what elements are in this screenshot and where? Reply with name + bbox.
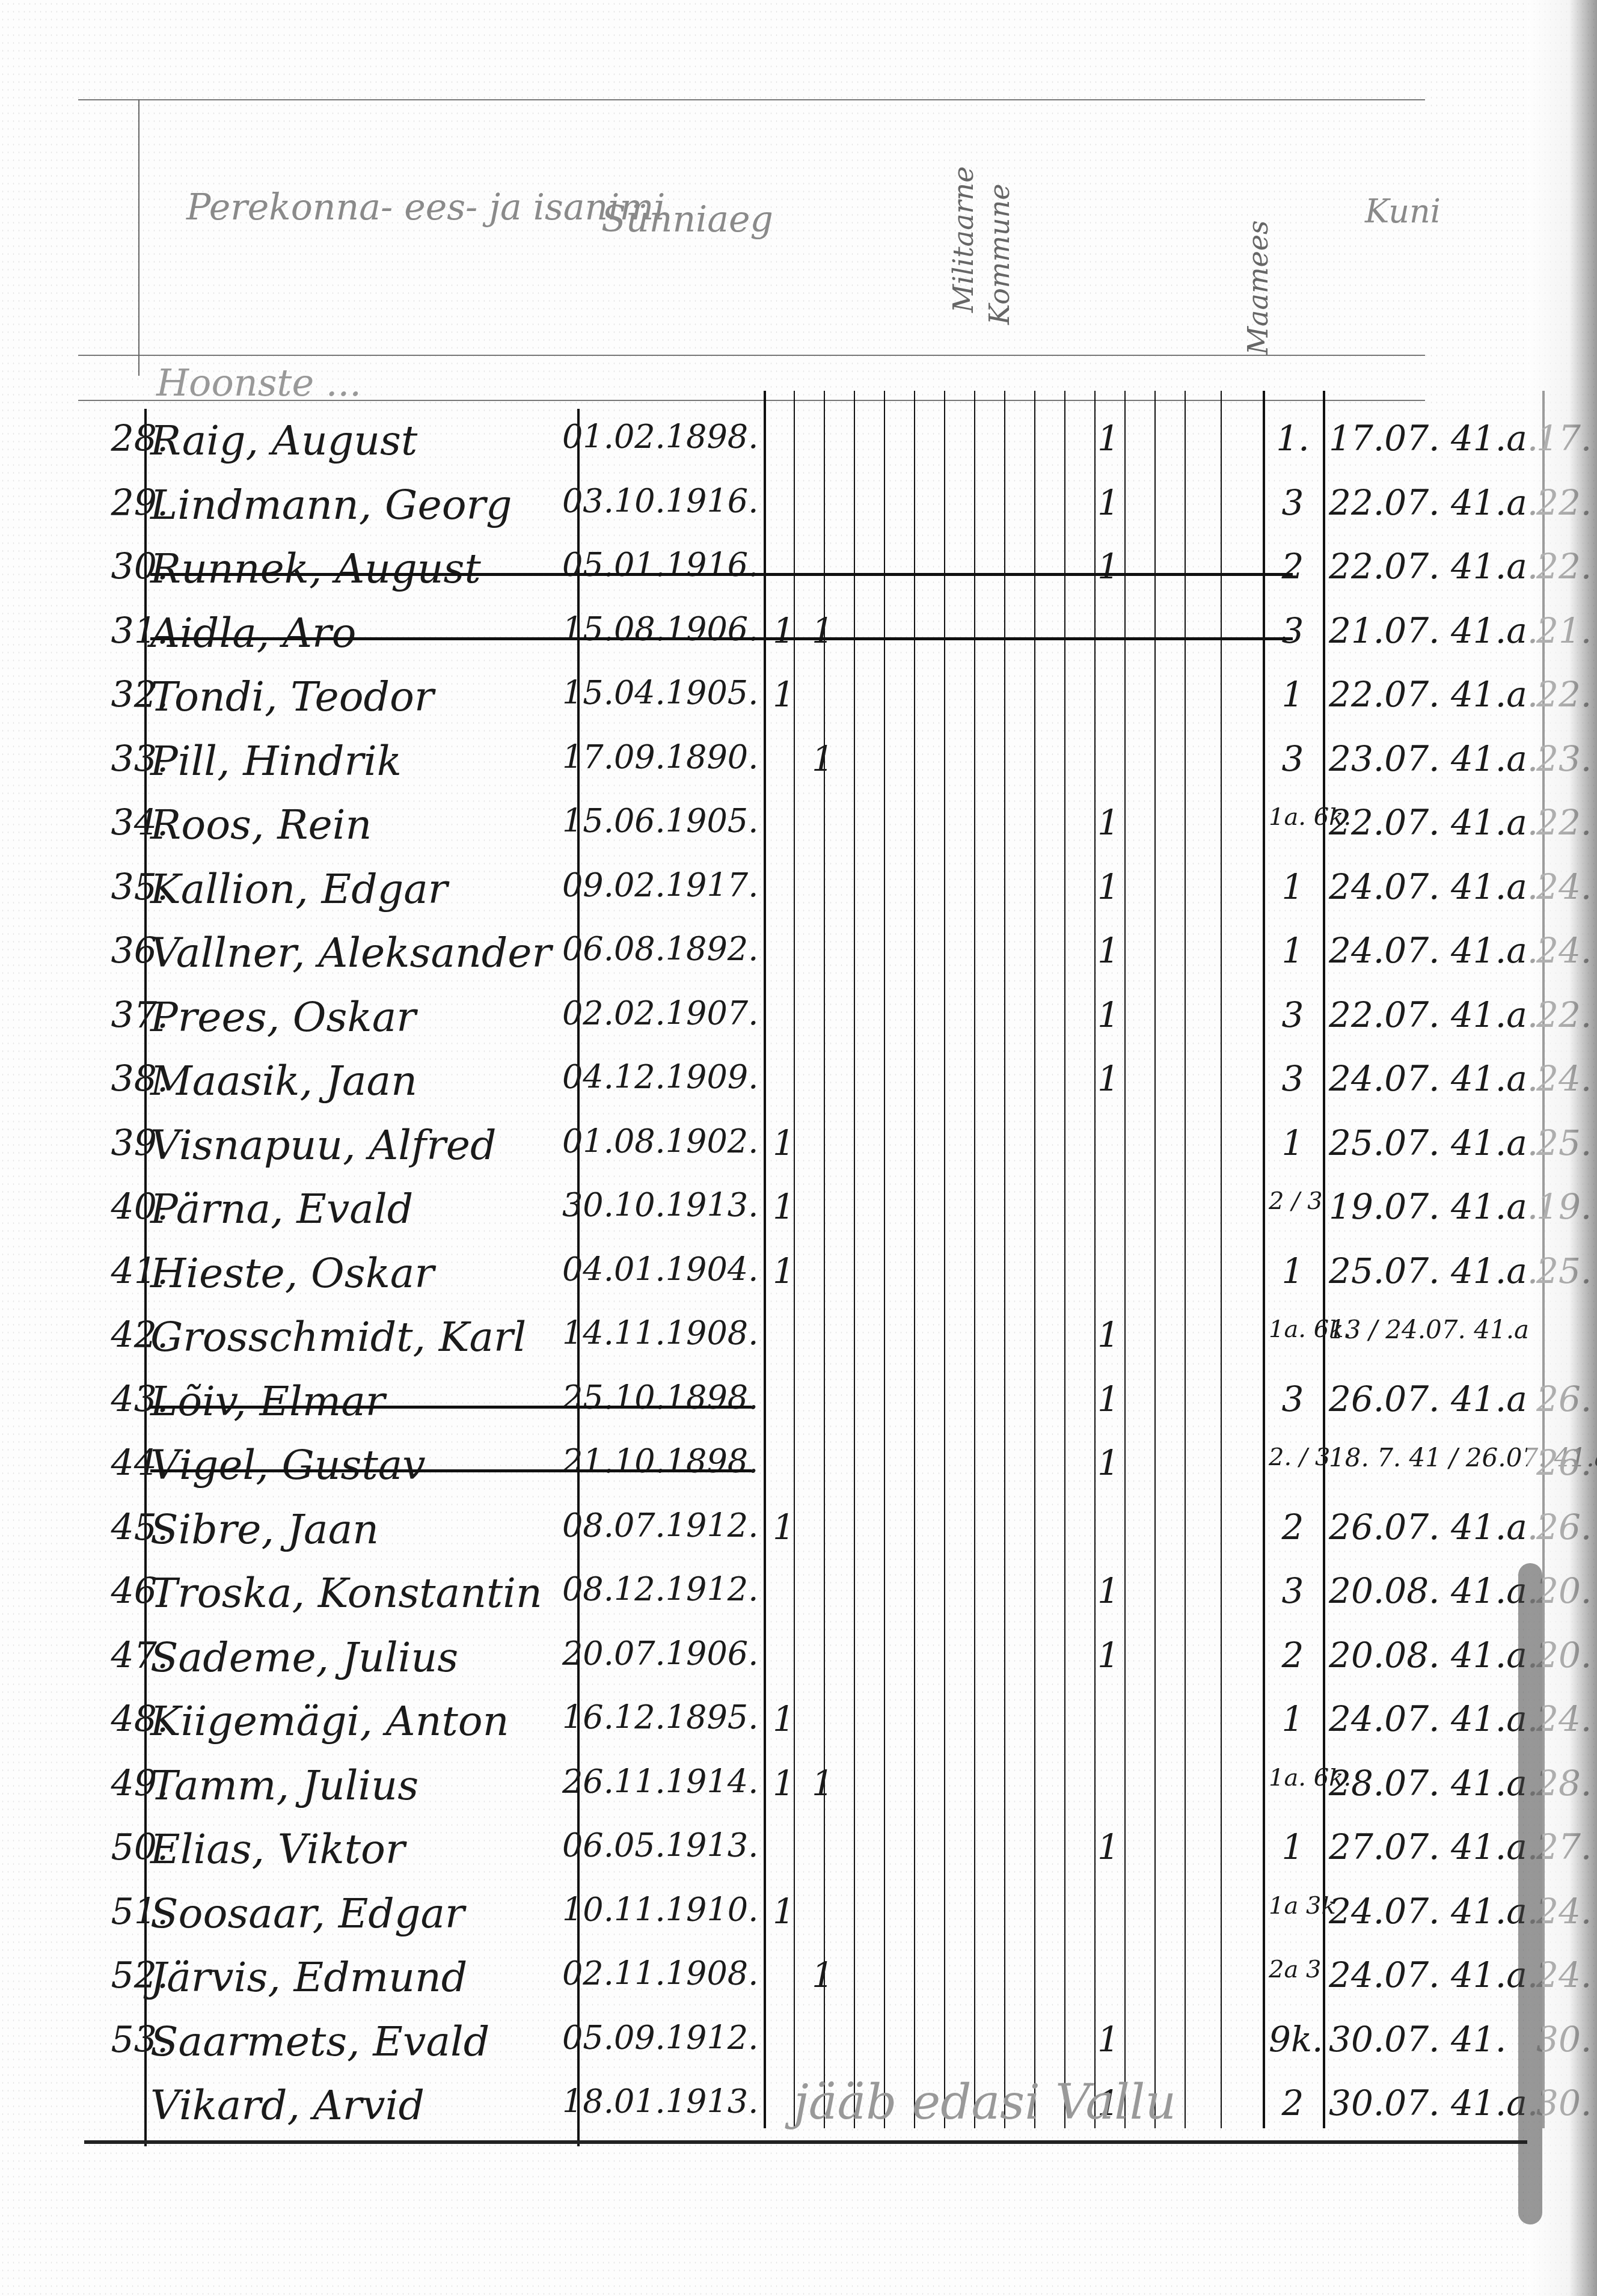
category-code: 3 <box>1269 613 1317 648</box>
person-name: Sibre, Jaan <box>150 1510 571 1551</box>
entry-date: 19.07. 41.a. <box>1329 1189 1509 1224</box>
person-name: Vikard, Arvid <box>150 2086 571 2126</box>
category-code: 1 <box>1269 869 1317 904</box>
entry-date: 20.08. 41.a. <box>1329 1573 1509 1608</box>
birth-date: 14.11.1908. <box>562 1317 755 1350</box>
category-code: 2 <box>1269 1510 1317 1544</box>
category-code: 1. <box>1269 421 1317 456</box>
category-code: 1a. 6k. <box>1269 1766 1317 1790</box>
tally-mark: 1 <box>773 1894 795 1929</box>
birth-date: 01.02.1898. <box>562 421 755 453</box>
entry-date: 30.07. 41.a. <box>1329 2086 1509 2120</box>
entry-date: 22.07. 41.a. <box>1329 549 1509 584</box>
header-dob-label: Sünniaeg <box>601 198 773 240</box>
person-name: Kiigemägi, Anton <box>150 1701 571 1742</box>
category-code: 1a 3k <box>1269 1894 1317 1918</box>
person-name: Kallion, Edgar <box>150 869 571 910</box>
category-code: 1 <box>1269 1701 1317 1736</box>
entry-date: 21.07. 41.a. <box>1329 613 1509 648</box>
strikethrough-line <box>150 637 1293 640</box>
entry-date: 27.07. 41.a. <box>1329 1829 1509 1864</box>
birth-date: 06.08.1892. <box>562 933 755 966</box>
category-code: 2 <box>1269 2086 1317 2120</box>
person-name: Tondi, Teodor <box>150 677 571 718</box>
entry-date: 23.07. 41.a. <box>1329 741 1509 776</box>
header-maamees-label: Maamees <box>1242 220 1274 355</box>
birth-date: 16.12.1895. <box>562 1701 755 1734</box>
header-name-label: Perekonna- ees- ja isanimi <box>186 186 666 228</box>
birth-date: 21.10.1898. <box>562 1445 755 1478</box>
birth-date: 10.11.1910. <box>562 1894 755 1926</box>
birth-date: 15.08.1906. <box>562 613 755 646</box>
tally-mark: 1 <box>812 613 834 648</box>
birth-date: 04.01.1904. <box>562 1254 755 1286</box>
birth-date: 05.09.1912. <box>562 2022 755 2054</box>
birth-date: 25.10.1898. <box>562 1382 755 1414</box>
person-name: Runnek, August <box>150 549 571 590</box>
tally-mark: 1 <box>1097 1829 1120 1864</box>
entry-date: 18. 7. 41 / 26.07. 41.a. <box>1329 1445 1509 1471</box>
category-code: 1a. 6k. <box>1269 1317 1317 1341</box>
partial-top-row: Hoonste ... <box>156 361 361 405</box>
entry-date: 28.07. 41.a. <box>1329 1766 1509 1801</box>
entry-date: 24.07. 41.a. <box>1329 869 1509 904</box>
entry-date: 24.07. 41.a. <box>1329 1894 1509 1929</box>
tally-mark: 1 <box>773 613 795 648</box>
person-name: Saarmets, Evald <box>150 2022 571 2063</box>
birth-date: 04.12.1909. <box>562 1061 755 1094</box>
category-code: 1 <box>1269 933 1317 968</box>
tally-mark: 1 <box>1097 421 1120 456</box>
birth-date: 02.02.1907. <box>562 997 755 1030</box>
page-bottom-edge <box>84 2140 1527 2144</box>
entry-date: 22.07. 41.a. <box>1329 677 1509 712</box>
category-code: 1 <box>1269 1254 1317 1288</box>
entry-date: 24.07. 41.a. <box>1329 1701 1509 1736</box>
tally-mark: 1 <box>773 1125 795 1160</box>
entry-date: 13 / 24.07. 41.a <box>1329 1317 1509 1342</box>
tally-mark: 1 <box>1097 1638 1120 1673</box>
entry-date: 22.07. 41.a. <box>1329 805 1509 840</box>
person-name: Tamm, Julius <box>150 1766 571 1807</box>
tally-mark: 1 <box>812 741 834 776</box>
category-code: 2 <box>1269 1638 1317 1673</box>
category-code: 2. / 3 <box>1269 1445 1317 1469</box>
entry-date: 22.07. 41.a. <box>1329 997 1509 1032</box>
tally-mark: 1 <box>1097 485 1120 520</box>
birth-date: 03.10.1916. <box>562 485 755 518</box>
birth-date: 20.07.1906. <box>562 1638 755 1670</box>
category-code: 3 <box>1269 1061 1317 1096</box>
person-name: Hieste, Oskar <box>150 1254 571 1294</box>
birth-date: 30.10.1913. <box>562 1189 755 1222</box>
person-name: Aidla, Aro <box>150 613 571 654</box>
category-code: 2a 3 <box>1269 1958 1317 1982</box>
tally-mark: 1 <box>812 1766 834 1801</box>
tally-mark: 1 <box>1097 1061 1120 1096</box>
entry-date: 20.08. 41.a. <box>1329 1638 1509 1673</box>
birth-date: 02.11.1908. <box>562 1958 755 1990</box>
header-right-label: Kuni <box>1365 192 1441 230</box>
birth-date: 09.02.1917. <box>562 869 755 902</box>
tally-mark: 1 <box>1097 2022 1120 2057</box>
person-name: Troska, Konstantin <box>150 1573 571 1614</box>
birth-date: 05.01.1916. <box>562 549 755 581</box>
strikethrough-line <box>150 1469 752 1472</box>
header-militaarne-label: Militaarne <box>947 167 979 313</box>
person-name: Pill, Hindrik <box>150 741 571 782</box>
person-name: Roos, Rein <box>150 805 571 846</box>
person-name: Lõiv, Elmar <box>150 1382 571 1422</box>
entry-date: 30.07. 41. <box>1329 2022 1509 2057</box>
footer-note: jääb edasi Vallu <box>794 2074 1176 2130</box>
entry-date: 25.07. 41.a. <box>1329 1254 1509 1288</box>
birth-date: 15.04.1905. <box>562 677 755 709</box>
tally-mark: 1 <box>812 1958 834 1992</box>
tally-mark: 1 <box>773 1189 795 1224</box>
tally-mark: 1 <box>1097 1382 1120 1416</box>
person-name: Soosaar, Edgar <box>150 1894 571 1935</box>
tally-mark: 1 <box>1097 997 1120 1032</box>
entry-date: 24.07. 41.a. <box>1329 1061 1509 1096</box>
birth-date: 08.07.1912. <box>562 1510 755 1542</box>
tally-mark: 1 <box>773 1766 795 1801</box>
tally-mark: 1 <box>1097 933 1120 968</box>
category-code: 1a. 6k. <box>1269 805 1317 829</box>
tally-mark: 1 <box>1097 805 1120 840</box>
entry-date: 17.07. 41.a. <box>1329 421 1509 456</box>
person-name: Pärna, Evald <box>150 1189 571 1230</box>
page-stain <box>1518 1563 1542 2224</box>
category-code: 2 / 3 <box>1269 1189 1317 1213</box>
header-kommune-label: Kommune <box>983 183 1016 325</box>
category-code: 9k. <box>1269 2022 1317 2057</box>
category-code: 3 <box>1269 741 1317 776</box>
person-name: Vigel, Gustav <box>150 1445 571 1486</box>
birth-date: 26.11.1914. <box>562 1766 755 1798</box>
strikethrough-line <box>150 1406 752 1409</box>
birth-date: 08.12.1912. <box>562 1573 755 1606</box>
scanned-ledger-page: Perekonna- ees- ja isanimi Sünniaeg Mili… <box>0 0 1597 2296</box>
entry-date: 24.07. 41.a. <box>1329 933 1509 968</box>
person-name: Grosschmidt, Karl <box>150 1317 571 1358</box>
category-code: 3 <box>1269 1382 1317 1416</box>
person-name: Vallner, Aleksander <box>150 933 571 974</box>
person-name: Raig, August <box>150 421 571 462</box>
person-name: Lindmann, Georg <box>150 485 571 526</box>
person-name: Maasik, Jaan <box>150 1061 571 1102</box>
strikethrough-line <box>150 573 1293 576</box>
tally-mark: 1 <box>1097 1317 1120 1352</box>
tally-mark: 1 <box>1097 1573 1120 1608</box>
birth-date: 17.09.1890. <box>562 741 755 774</box>
birth-date: 15.06.1905. <box>562 805 755 837</box>
entry-date: 22.07. 41.a. <box>1329 485 1509 520</box>
category-code: 3 <box>1269 997 1317 1032</box>
tally-mark: 1 <box>1097 549 1120 584</box>
tally-mark: 1 <box>773 1510 795 1544</box>
category-code: 2 <box>1269 549 1317 584</box>
category-code: 1 <box>1269 1829 1317 1864</box>
person-name: Sademe, Julius <box>150 1638 571 1679</box>
entry-date: 25.07. 41.a. <box>1329 1125 1509 1160</box>
tally-mark: 1 <box>1097 869 1120 904</box>
birth-date: 18.01.1913. <box>562 2086 755 2118</box>
tally-mark: 1 <box>773 1254 795 1288</box>
category-code: 1 <box>1269 1125 1317 1160</box>
category-code: 1 <box>1269 677 1317 712</box>
tally-mark: 1 <box>773 677 795 712</box>
entry-date: 26.07. 41.a. <box>1329 1510 1509 1544</box>
tally-mark: 1 <box>1097 1445 1120 1480</box>
birth-date: 01.08.1902. <box>562 1125 755 1158</box>
person-name: Järvis, Edmund <box>150 1958 571 1998</box>
entry-date: 24.07. 41.a. <box>1329 1958 1509 1992</box>
tally-mark: 1 <box>773 1701 795 1736</box>
person-name: Elias, Viktor <box>150 1829 571 1870</box>
category-code: 3 <box>1269 485 1317 520</box>
category-code: 3 <box>1269 1573 1317 1608</box>
birth-date: 06.05.1913. <box>562 1829 755 1862</box>
entry-date: 26.07. 41.a <box>1329 1382 1509 1416</box>
person-name: Visnapuu, Alfred <box>150 1125 571 1166</box>
person-name: Prees, Oskar <box>150 997 571 1038</box>
